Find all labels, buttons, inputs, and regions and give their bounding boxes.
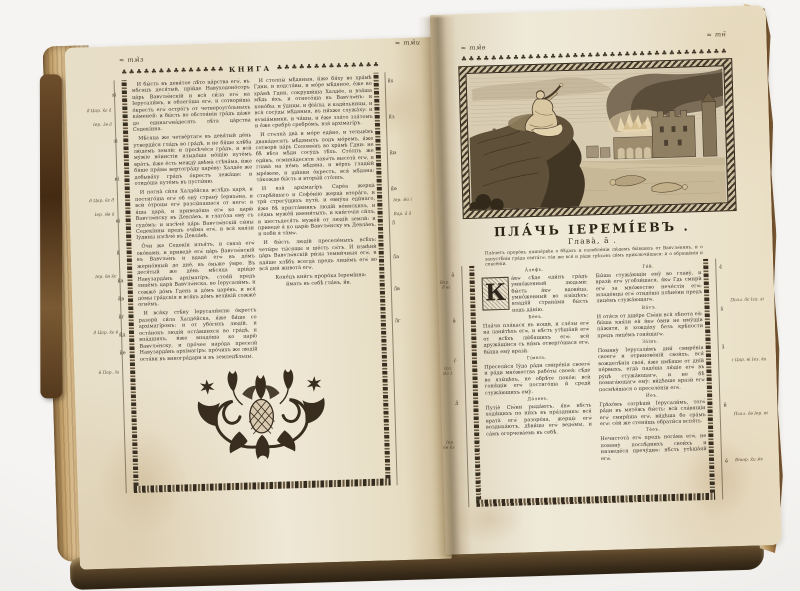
verse-number: зi	[113, 138, 118, 144]
margin-note: Псал. о̃ѳ Іер. вi	[734, 411, 768, 417]
verse-column-2: Ге́й. Бы́ша стужа́ющіи ему̀ во главу̀, и…	[595, 261, 707, 463]
margin-note: Іер. л̃ѳ а̃	[93, 123, 112, 129]
verse-number: к̃а	[117, 278, 123, 284]
margin-note: Іер. м̃ѳ и̃	[95, 212, 115, 218]
verse-text: Путіѐ Сіѡ́ни рыда́ютъ, я́кѡ нѣ́сть ходя́…	[485, 402, 592, 437]
verse-number: ѕi	[112, 92, 116, 98]
woodcut-initial-letter: К	[482, 276, 510, 310]
verse-number: к̃	[117, 250, 120, 256]
margin-note: в̃ Пар. л̃ѕ	[99, 370, 120, 376]
engraving-frame	[458, 58, 736, 219]
verse-number: к̃в	[118, 296, 124, 302]
verse-block: Бе́ѳъ. Пла́чя пла́кася въ нощѝ, и сле́зы…	[483, 313, 590, 355]
column-number-right: ≈ тн̃	[706, 30, 726, 39]
verse-text: И отя́ся от дще́ре Сіѡ́ни вся̀ лѣ́пота е…	[597, 311, 704, 340]
ornament-border-left	[469, 266, 481, 500]
verse-text: Помяну̀ Іерусали́мъ дни́ смире́нія своег…	[598, 345, 705, 393]
verse-text: Грѣхо́мъ согрѣшѝ Іерусали́мъ, тогѡ̀ ра́д…	[599, 399, 706, 428]
open-book: ≈ тм̃з ≈ тм̃и КНИГА д̃ Цар. к̃є а̃ Іер. …	[16, 0, 787, 591]
jeremiah-lamenting-engraving	[465, 65, 728, 211]
verse-number: к̃г	[118, 314, 124, 320]
paragraph: И стѡлпа̀ два̀ и мо́ре еди́но, и тельцє́…	[255, 129, 374, 184]
verse-block: И́ѳъ. Грѣхо́мъ согрѣшѝ Іерусали́мъ, тогѡ…	[599, 392, 706, 428]
ornament-border-bottom	[134, 478, 391, 493]
text-column-1: И бы́сть въ девя́тое лѣ́то ца́рства егѡ̀…	[132, 78, 258, 365]
verse-block: Те́ѳъ. Нечистота̀ егѡ̀ предъ нога́ма егѡ…	[600, 426, 707, 462]
text-column-2: И столпы̀ мѣ́дяныя, и́же бя́ху во хра́мѣ…	[254, 75, 378, 291]
paragraph: И столпы̀ мѣ́дяныя, и́же бя́ху во хра́мѣ…	[254, 75, 373, 130]
column-number-left: ≈ тм̃ѳ	[461, 43, 486, 52]
verse-text: Нечистота̀ егѡ̀ предъ нога́ма егѡ̀, не п…	[600, 433, 707, 462]
margin-note: д̃ Цар. к̃є а̃	[87, 109, 112, 115]
floral-tailpiece-ornament	[186, 358, 337, 470]
margin-note: Іер. м̃а i	[393, 198, 412, 204]
paragraph: И взя̀ архімагі́ръ Саре́а жерца̀ старѣ́й…	[257, 183, 376, 238]
left-page: ≈ тм̃з ≈ тм̃и КНИГА д̃ Цар. к̃є а̃ Іер. …	[65, 37, 452, 570]
margin-note: Вар. а̃ а̃	[394, 212, 412, 218]
verse-number: ѕ̃	[721, 306, 724, 312]
verse-block: Ва́ѵъ. И отя́ся от дще́ре Сіѡ́ни вся̀ лѣ…	[596, 304, 703, 340]
verse-block: За́інъ. Помяну̀ Іерусали́мъ дни́ смире́н…	[597, 338, 705, 393]
verse-number: ѳi	[116, 218, 121, 224]
photo-of-open-antique-book: { "background_color": "#f1efec", "ink_co…	[0, 0, 800, 591]
verse-number: к̃д	[119, 332, 125, 338]
verse-block: А́лефъ. Ка́кѡ сѣ́де еди́нъ гра́дъ умно́ж…	[481, 266, 588, 315]
right-page: ≈ тм̃ѳ ≈ тн̃	[430, 5, 782, 555]
paragraph: И бы́сть въ девя́тое лѣ́то ца́рства егѡ̀…	[132, 78, 251, 133]
verse-block: Да́леѳъ. Путіѐ Сіѡ́ни рыда́ютъ, я́кѡ нѣ́…	[485, 395, 592, 437]
paragraph: И погна̀ си́ла Халде́йска вслѣ́дъ царя̀,…	[135, 187, 254, 242]
verse-number: и̃	[723, 402, 727, 408]
paragraph: Мѣ́сяца же четве́ртагѡ въ девя́тый де́нь…	[133, 132, 252, 187]
verse-number: иi	[114, 176, 119, 182]
verse-text: Пла́чя пла́кася въ нощѝ, и сле́зы егѡ̀ н…	[483, 320, 590, 355]
ornament-border-bottom	[476, 493, 715, 507]
book-colophon: Коне́цъ кни́гъ проро́ка Іеремі́ина: и́ма…	[259, 272, 377, 288]
margin-note: д̃ Цар. к̃є ѳ̃	[93, 330, 118, 336]
worn-cover-edge-left	[40, 74, 63, 398]
margin-note: Втор. к̃и м̃г	[735, 457, 763, 463]
margin-note: Іер. к̃в к̃є	[95, 274, 116, 280]
verse-text: Ка́кѡ сѣ́де еди́нъ гра́дъ умно́женный лю…	[482, 273, 589, 315]
paragraph: И вся́ку стѣ́ну Іерусали́млю о́крестъ ра…	[138, 308, 257, 363]
verse-text-body: а́кѡ сѣ́де еди́нъ гра́дъ умно́женный люд…	[511, 273, 588, 314]
margin-note: Псал. о̃є Іса. ѕi	[730, 297, 764, 303]
paragraph: И бы́сть люді́й преселе́ныхъ всѣ́хъ: чет…	[258, 237, 377, 273]
verse-column-1: А́лефъ. Ка́кѡ сѣ́де еди́нъ гра́дъ умно́ж…	[481, 264, 592, 438]
verse-block: Ге́й. Бы́ша стужа́ющіи ему̀ во главу̀, и…	[595, 263, 702, 305]
column-number-right: ≈ тм̃и	[395, 38, 421, 47]
margin-note: д̃ Цар. к̃є д̃	[89, 198, 114, 204]
fleuron-row-icon	[121, 64, 224, 77]
verse-text: Бы́ша стужа́ющіи ему̀ во главу̀, и вразѝ…	[595, 270, 702, 305]
right-margin-notes: Псал. о̃є Іса. ѕi i Цар. вi Іез. к̃а Пса…	[729, 261, 778, 492]
margin-note: i Цар. вi Іез. к̃а	[732, 357, 766, 363]
verse-number: є̃	[719, 264, 722, 270]
verse-number: ѳ̃	[725, 458, 728, 464]
header-ornament-band: КНИГА	[121, 60, 379, 78]
column-number-left: ≈ тм̃з	[119, 56, 144, 65]
verse-block: Гі́мель. Пресели́ся Іу́да ра́ди смире́ні…	[484, 354, 591, 396]
fleuron-row-icon	[276, 60, 379, 73]
verse-text: Пресели́ся Іу́да ра́ди смире́нія своегѡ̀…	[484, 361, 591, 396]
verse-number: з̃	[722, 344, 725, 350]
verse-number: к̃е	[120, 350, 126, 356]
paragraph: О́чи же Седекі́и изъя́тъ, и связа̀ егѡ̀ …	[136, 241, 256, 309]
running-title: КНИГА	[224, 63, 277, 74]
